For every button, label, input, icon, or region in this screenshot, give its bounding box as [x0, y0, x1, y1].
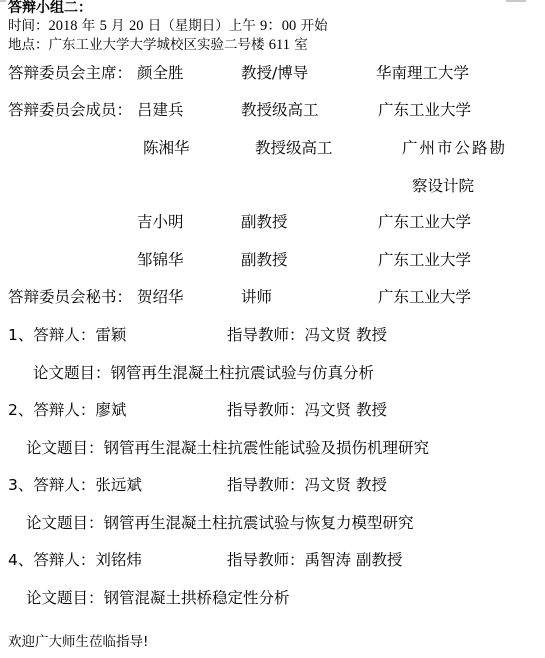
location-room: 611 — [269, 37, 290, 53]
defense-index: 1、 — [8, 326, 33, 344]
thesis-label: 论文题目： — [26, 589, 104, 607]
advisor-label: 指导教师： — [227, 551, 305, 569]
time-month-unit: 月 — [107, 18, 129, 34]
member-affiliation-continued: 察设计院 — [412, 179, 474, 195]
member-name: 陈湘华 — [143, 141, 190, 157]
thesis-line: 论文题目：钢管再生混凝土柱抗震试验与仿真分析 — [33, 366, 374, 382]
location-text: 广东工业大学大学城校区实验二号楼 — [49, 37, 269, 53]
secretary-name: 贺绍华 — [137, 290, 184, 306]
page-corner-mark — [0, 0, 6, 2]
thesis-label: 论文题目： — [33, 364, 111, 382]
thesis-label: 论文题目： — [26, 439, 104, 457]
thesis-line: 论文题目：钢管再生混凝土柱抗震性能试验及损伤机理研究 — [26, 441, 429, 457]
location-label: 地点： — [8, 37, 49, 53]
respondent-label: 答辩人： — [33, 551, 95, 569]
member-title: 副教授 — [241, 253, 288, 269]
group-title: 答辩小组二： — [8, 1, 92, 15]
advisor-title: 教授 — [356, 476, 387, 494]
chair-role: 答辩委员会主席： — [8, 66, 132, 82]
page-corner-mark — [506, 0, 526, 2]
time-day-unit: 日（星期日）上午 — [143, 18, 260, 34]
thesis-line: 论文题目：钢管再生混凝土柱抗震试验与恢复力模型研究 — [26, 516, 414, 532]
respondent-label: 答辩人： — [33, 476, 95, 494]
welcome-message: 欢迎广大师生莅临指导! — [8, 636, 148, 650]
defense-index: 3、 — [8, 476, 33, 494]
location-suffix: 室 — [290, 37, 308, 53]
respondent-name: 张远斌 — [95, 476, 142, 494]
time-line: 时间：2018 年 5 月 20 日（星期日）上午 9：00 开始 — [8, 19, 328, 34]
member-title: 教授级高工 — [255, 141, 333, 157]
thesis-title: 钢管混凝土拱桥稳定性分析 — [104, 589, 290, 607]
advisor-name: 禹智涛 — [305, 551, 352, 569]
defense-respondent-line: 4、答辩人：刘铭炜 — [8, 553, 142, 569]
secretary-affiliation: 广东工业大学 — [378, 290, 471, 306]
member-affiliation: 广东工业大学 — [378, 103, 471, 119]
defense-advisor-line: 指导教师：冯文贤 教授 — [227, 403, 387, 419]
thesis-title: 钢管再生混凝土柱抗震试验与仿真分析 — [111, 364, 375, 382]
advisor-label: 指导教师： — [227, 326, 305, 344]
respondent-name: 雷颖 — [95, 326, 126, 344]
respondent-label: 答辩人： — [33, 401, 95, 419]
defense-advisor-line: 指导教师：禹智涛 副教授 — [227, 553, 402, 569]
defense-index: 2、 — [8, 401, 33, 419]
thesis-title: 钢管再生混凝土柱抗震试验与恢复力模型研究 — [104, 514, 414, 532]
member-name: 吕建兵 — [137, 103, 184, 119]
advisor-name: 冯文贤 — [305, 401, 352, 419]
members-role: 答辩委员会成员： — [8, 103, 132, 119]
advisor-title: 副教授 — [356, 551, 403, 569]
member-name: 吉小明 — [137, 215, 184, 231]
advisor-name: 冯文贤 — [305, 476, 352, 494]
secretary-role: 答辩委员会秘书： — [8, 290, 132, 306]
thesis-line: 论文题目：钢管混凝土拱桥稳定性分析 — [26, 591, 290, 607]
defense-respondent-line: 1、答辩人：雷颖 — [8, 328, 126, 344]
time-label: 时间： — [8, 18, 49, 34]
secretary-title: 讲师 — [241, 290, 272, 306]
member-affiliation: 广州市公路勘 — [402, 141, 507, 157]
location-line: 地点：广东工业大学大学城校区实验二号楼 611 室 — [8, 38, 308, 53]
advisor-label: 指导教师： — [227, 476, 305, 494]
respondent-name: 廖斌 — [95, 401, 126, 419]
member-affiliation: 广东工业大学 — [378, 253, 471, 269]
chair-title: 教授/博导 — [241, 66, 308, 82]
time-day: 20 — [129, 18, 144, 34]
chair-affiliation: 华南理工大学 — [376, 66, 469, 82]
defense-advisor-line: 指导教师：冯文贤 教授 — [227, 478, 387, 494]
thesis-title: 钢管再生混凝土柱抗震性能试验及损伤机理研究 — [104, 439, 430, 457]
advisor-title: 教授 — [356, 401, 387, 419]
respondent-name: 刘铭炜 — [95, 551, 142, 569]
advisor-title: 教授 — [356, 326, 387, 344]
respondent-label: 答辩人： — [33, 326, 95, 344]
time-year-unit: 年 — [78, 18, 100, 34]
member-title: 教授级高工 — [241, 103, 319, 119]
defense-index: 4、 — [8, 551, 33, 569]
defense-advisor-line: 指导教师：冯文贤 教授 — [227, 328, 387, 344]
time-hour: 9：00 — [260, 18, 296, 34]
time-suffix: 开始 — [296, 18, 327, 34]
advisor-name: 冯文贤 — [305, 326, 352, 344]
member-name: 邹锦华 — [137, 253, 184, 269]
time-month: 5 — [100, 18, 107, 34]
thesis-label: 论文题目： — [26, 514, 104, 532]
member-affiliation: 广东工业大学 — [378, 215, 471, 231]
defense-respondent-line: 3、答辩人：张远斌 — [8, 478, 142, 494]
member-title: 副教授 — [241, 215, 288, 231]
defense-respondent-line: 2、答辩人：廖斌 — [8, 403, 126, 419]
advisor-label: 指导教师： — [227, 401, 305, 419]
time-year: 2018 — [49, 18, 78, 34]
chair-name: 颜全胜 — [137, 66, 184, 82]
